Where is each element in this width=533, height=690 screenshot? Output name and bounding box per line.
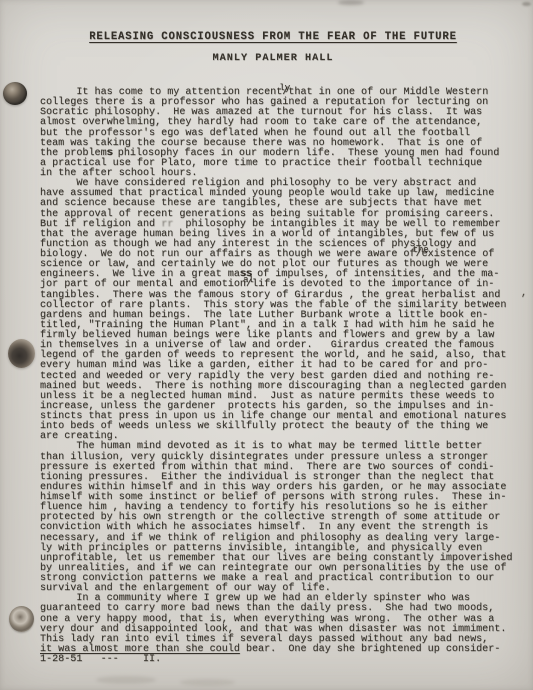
binder-grommet-top bbox=[3, 82, 27, 105]
document-header: RELEASING CONSCIOUSNESS FROM THE FEAR OF… bbox=[40, 31, 506, 64]
typed-correction: /the bbox=[416, 250, 422, 260]
page-title: RELEASING CONSCIOUSNESS FROM THE FEAR OF… bbox=[40, 31, 506, 43]
scan-smudge-bottom-center bbox=[180, 679, 235, 686]
body-text: But if religion and bbox=[40, 219, 161, 230]
author-name: MANLY PALMER HALL bbox=[40, 53, 506, 64]
body-line: every human mind was like a garden, eith… bbox=[40, 361, 526, 371]
body-text: life is devoted to the importance of in- bbox=[252, 279, 494, 290]
body-line: conviction with which he associates hims… bbox=[40, 523, 526, 533]
scanned-document-page: RELEASING CONSCIOUSNESS FROM THE FEAR OF… bbox=[0, 0, 533, 690]
typed-correction: /al bbox=[246, 280, 252, 290]
body-line: almost overwhelming, they hardly had roo… bbox=[40, 118, 526, 128]
body-line: and science because these are tangibles,… bbox=[40, 199, 526, 209]
erased-text: rr bbox=[161, 219, 173, 230]
scan-smudge-top-right bbox=[522, 2, 531, 6]
document-body: It has come to my attention recent/lytha… bbox=[40, 88, 526, 665]
stray-ink-mark: , bbox=[521, 288, 527, 299]
body-line: guaranteed to carry more bad news than t… bbox=[40, 604, 526, 614]
body-text: philosophy be intangibles it may be well… bbox=[173, 219, 500, 230]
body-line: The human mind devoted as it is to what … bbox=[40, 442, 526, 452]
typed-correction: /ly bbox=[282, 88, 288, 98]
footer-date-page: 1-28-51 --- II. bbox=[40, 655, 526, 665]
binder-grommet-middle bbox=[8, 339, 35, 368]
binder-grommet-bottom bbox=[9, 606, 34, 632]
scan-smudge-bottom-left bbox=[96, 676, 156, 684]
body-line: jor part of our mental and emotion/allif… bbox=[40, 280, 526, 290]
body-text: jor part of our mental and emotion bbox=[40, 279, 246, 290]
body-text: bear. One day she brightened up consider… bbox=[240, 644, 500, 655]
scan-smudge-top bbox=[338, 0, 364, 5]
